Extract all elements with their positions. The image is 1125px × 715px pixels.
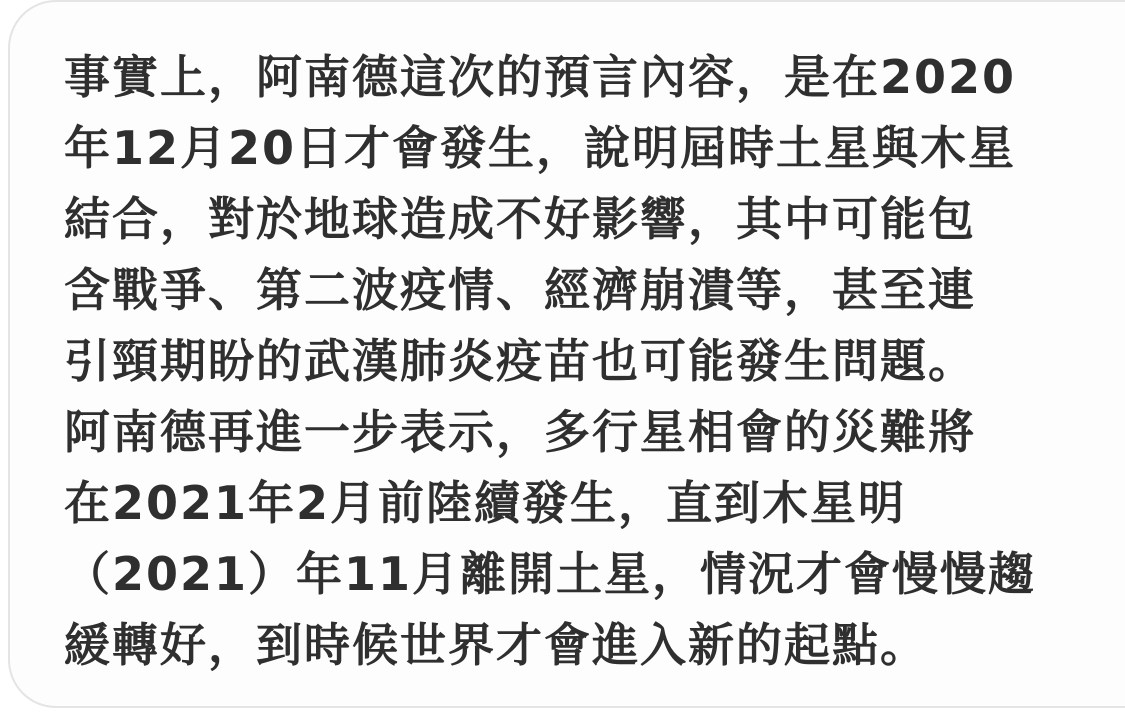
post-line: 緩轉好，到時候世界才會進入新的起點。 [64, 610, 1074, 681]
screenshot-frame: 事實上，阿南德這次的預言內容，是在2020 年12月20日才會發生，說明屆時土星… [0, 0, 1125, 715]
post-body-text: 事實上，阿南德這次的預言內容，是在2020 年12月20日才會發生，說明屆時土星… [64, 42, 1074, 681]
post-line: 年12月20日才會發生，說明屆時土星與木星 [64, 113, 1074, 184]
post-line: 事實上，阿南德這次的預言內容，是在2020 [64, 42, 1074, 113]
post-line: （2021）年11月離開土星，情況才會慢慢趨 [64, 539, 1074, 610]
post-line: 引頸期盼的武漢肺炎疫苗也可能發生問題。 [64, 326, 1074, 397]
post-line: 在2021年2月前陸續發生，直到木星明 [64, 468, 1074, 539]
post-line: 含戰爭、第二波疫情、經濟崩潰等，甚至連 [64, 255, 1074, 326]
post-line: 阿南德再進一步表示，多行星相會的災難將 [64, 397, 1074, 468]
post-line: 結合，對於地球造成不好影響，其中可能包 [64, 184, 1074, 255]
